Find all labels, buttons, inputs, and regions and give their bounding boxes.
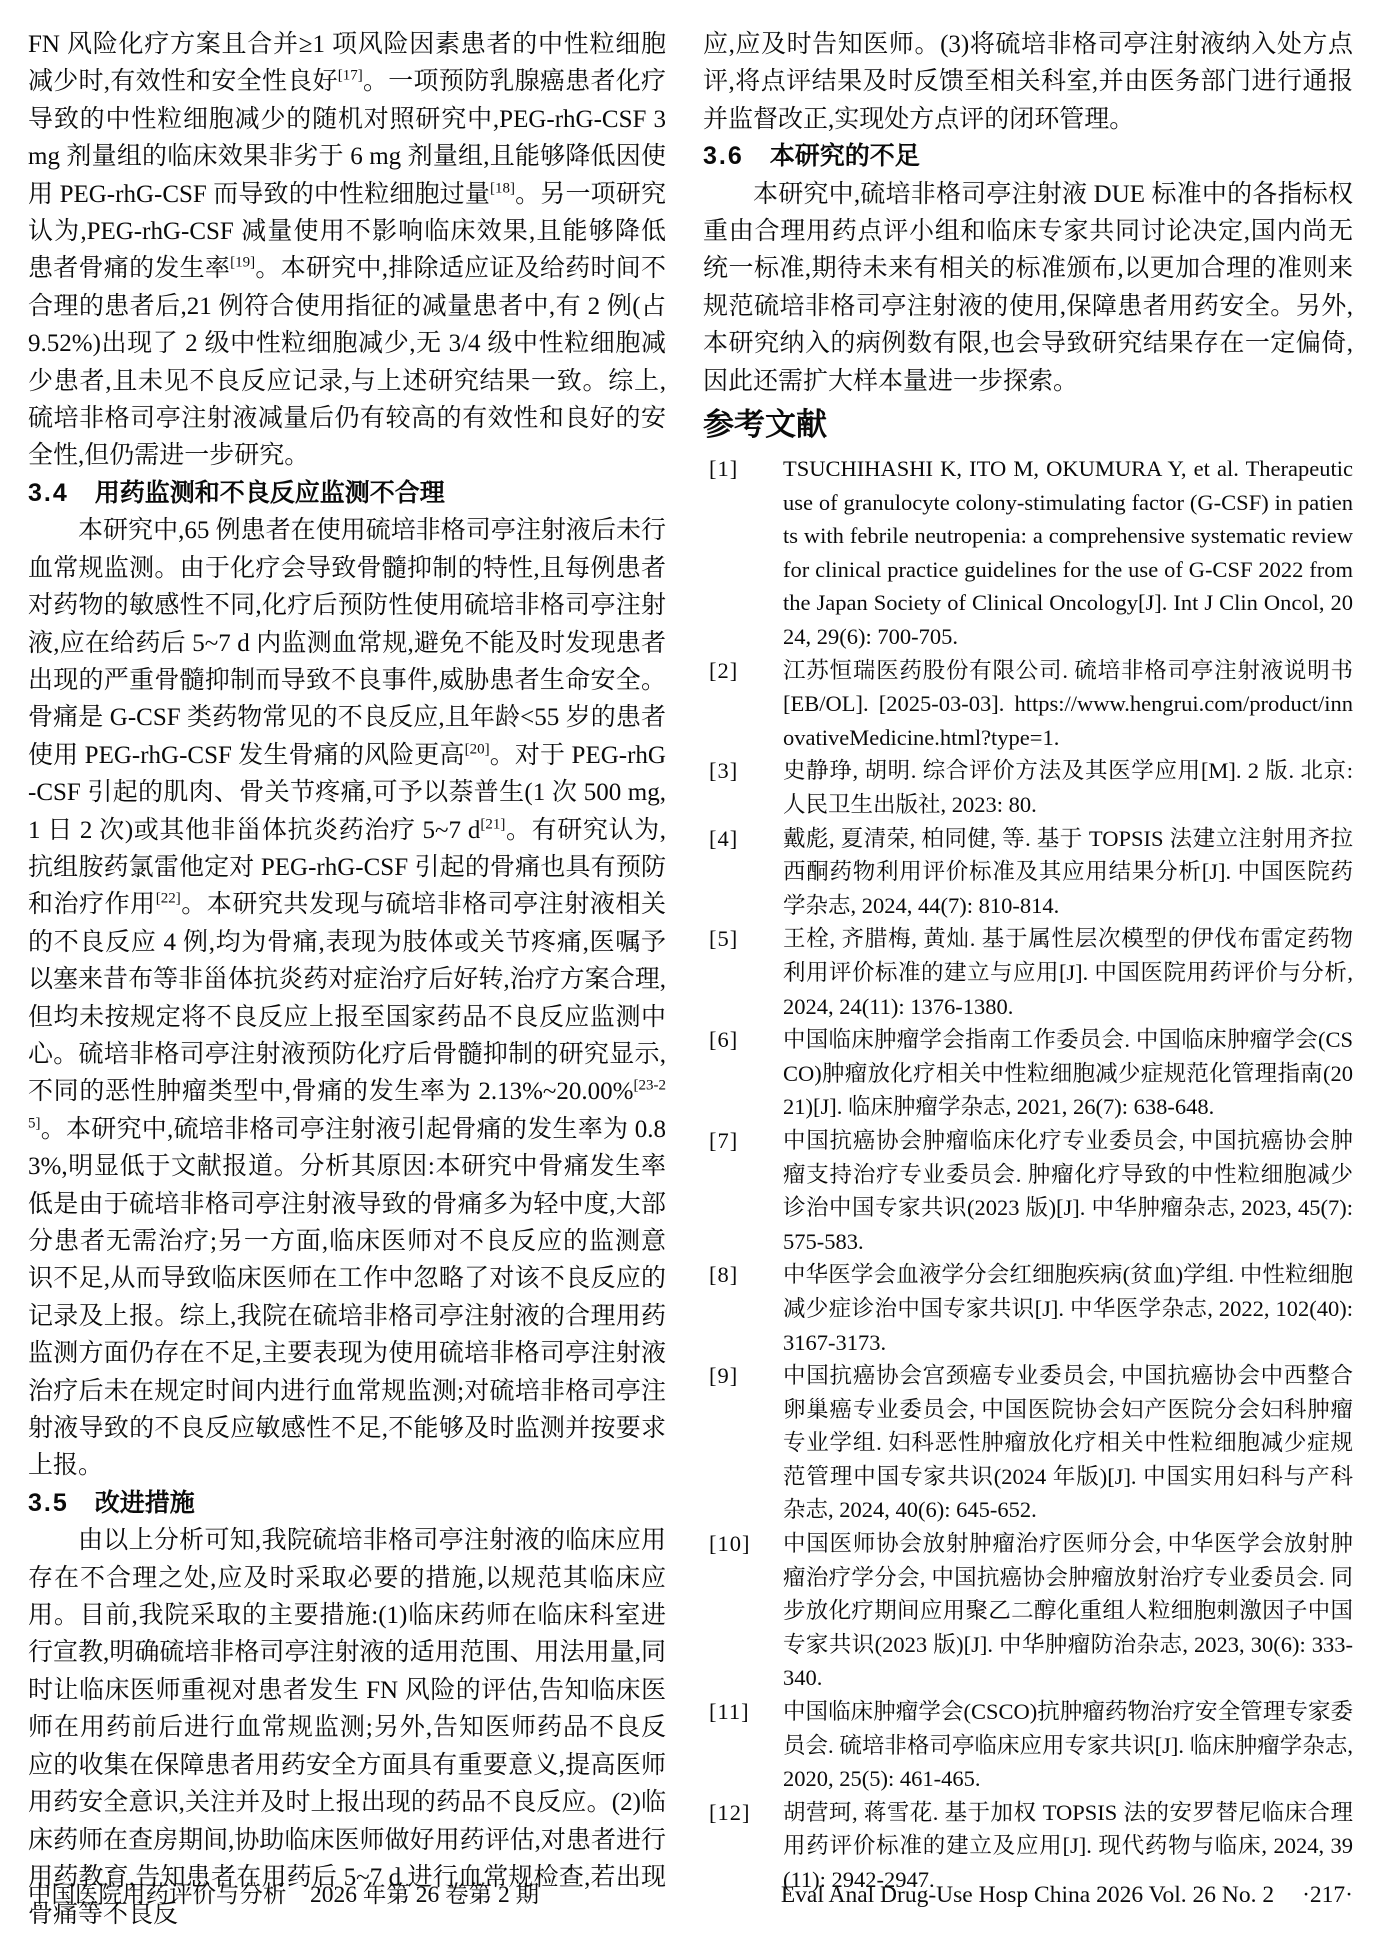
reference-item: [2] 江苏恒瑞医药股份有限公司. 硫培非格司亭注射液说明书[EB/OL]. [… <box>703 654 1353 755</box>
reference-text: 戴彪, 夏清荣, 柏同健, 等. 基于 TOPSIS 法建立注射用齐拉西酮药物利… <box>783 826 1353 918</box>
reference-number: [1] <box>709 452 738 486</box>
reference-number: [11] <box>709 1695 750 1729</box>
section-number: 3.5 <box>28 1489 69 1517</box>
reference-text: 中国医师协会放射肿瘤治疗医师分会, 中华医学会放射肿瘤治疗学分会, 中国抗癌协会… <box>783 1531 1353 1690</box>
reference-number: [3] <box>709 754 738 788</box>
footer-journal-cn: 中国医院用药评价与分析 2026 年第 26 卷第 2 期 <box>28 1880 539 1910</box>
reference-text: 中国抗癌协会宫颈癌专业委员会, 中国抗癌协会中西整合卵巢癌专业委员会, 中国医院… <box>783 1363 1353 1522</box>
paragraph-section-3-5-continuation: 应,应及时告知医师。(3)将硫培非格司亭注射液纳入处方点评,将点评结果及时反馈至… <box>703 26 1353 138</box>
reference-item: [5] 王栓, 齐腊梅, 黄灿. 基于属性层次模型的伊伐布雷定药物利用评价标准的… <box>703 922 1353 1023</box>
paragraph-section-3-4: 本研究中,65 例患者在使用硫培非格司亭注射液后未行血常规监测。由于化疗会导致骨… <box>28 512 666 1485</box>
left-column: FN 风险化疗方案且合并≥1 项风险因素患者的中性粒细胞减少时,有效性和安全性良… <box>28 26 666 1934</box>
paper-page: { "left_column": { "para_continuation": … <box>0 0 1375 1940</box>
section-title: 本研究的不足 <box>770 142 920 170</box>
reference-item: [10] 中国医师协会放射肿瘤治疗医师分会, 中华医学会放射肿瘤治疗学分会, 中… <box>703 1527 1353 1695</box>
right-column: 应,应及时告知医师。(3)将硫培非格司亭注射液纳入处方点评,将点评结果及时反馈至… <box>703 26 1353 1897</box>
reference-number: [2] <box>709 654 738 688</box>
reference-item: [4] 戴彪, 夏清荣, 柏同健, 等. 基于 TOPSIS 法建立注射用齐拉西… <box>703 822 1353 923</box>
reference-text: 中国临床肿瘤学会(CSCO)抗肿瘤药物治疗安全管理专家委员会. 硫培非格司亭临床… <box>783 1699 1353 1791</box>
reference-number: [5] <box>709 922 738 956</box>
reference-item: [8] 中华医学会血液学分会红细胞疾病(贫血)学组. 中性粒细胞减少症诊治中国专… <box>703 1258 1353 1359</box>
reference-number: [9] <box>709 1359 738 1393</box>
reference-number: [7] <box>709 1124 738 1158</box>
reference-text: 中国抗癌协会肿瘤临床化疗专业委员会, 中国抗癌协会肿瘤支持治疗专业委员会. 肿瘤… <box>783 1128 1353 1254</box>
reference-text: 中国临床肿瘤学会指南工作委员会. 中国临床肿瘤学会(CSCO)肿瘤放化疗相关中性… <box>783 1027 1353 1119</box>
reference-item: [11] 中国临床肿瘤学会(CSCO)抗肿瘤药物治疗安全管理专家委员会. 硫培非… <box>703 1695 1353 1796</box>
reference-item: [1] TSUCHIHASHI K, ITO M, OKUMURA Y, et … <box>703 452 1353 654</box>
reference-item: [9] 中国抗癌协会宫颈癌专业委员会, 中国抗癌协会中西整合卵巢癌专业委员会, … <box>703 1359 1353 1527</box>
reference-text: 史静琤, 胡明. 综合评价方法及其医学应用[M]. 2 版. 北京: 人民卫生出… <box>783 758 1353 817</box>
reference-text: 王栓, 齐腊梅, 黄灿. 基于属性层次模型的伊伐布雷定药物利用评价标准的建立与应… <box>783 926 1353 1018</box>
section-title: 改进措施 <box>95 1489 195 1517</box>
page-footer: 中国医院用药评价与分析 2026 年第 26 卷第 2 期 Eval Anal … <box>28 1880 1353 1910</box>
references-list: [1] TSUCHIHASHI K, ITO M, OKUMURA Y, et … <box>703 452 1353 1897</box>
reference-text: 胡营珂, 蒋雪花. 基于加权 TOPSIS 法的安罗替尼临床合理用药评价标准的建… <box>783 1800 1353 1892</box>
section-heading-3-4: 3.4用药监测和不良反应监测不合理 <box>28 475 666 512</box>
paragraph-section-3-6: 本研究中,硫培非格司亭注射液 DUE 标准中的各指标权重由合理用药点评小组和临床… <box>703 176 1353 400</box>
reference-number: [4] <box>709 822 738 856</box>
reference-number: [12] <box>709 1796 751 1830</box>
section-number: 3.6 <box>703 142 744 170</box>
reference-item: [3] 史静琤, 胡明. 综合评价方法及其医学应用[M]. 2 版. 北京: 人… <box>703 754 1353 821</box>
reference-item: [7] 中国抗癌协会肿瘤临床化疗专业委员会, 中国抗癌协会肿瘤支持治疗专业委员会… <box>703 1124 1353 1258</box>
reference-number: [6] <box>709 1023 738 1057</box>
section-number: 3.4 <box>28 479 69 507</box>
references-heading: 参考文献 <box>703 402 1353 448</box>
page-number: ·217· <box>1302 1880 1353 1910</box>
footer-right-group: Eval Anal Drug-Use Hosp China 2026 Vol. … <box>781 1880 1353 1910</box>
paragraph-section-3-5: 由以上分析可知,我院硫培非格司亭注射液的临床应用存在不合理之处,应及时采取必要的… <box>28 1522 666 1933</box>
paragraph-discussion-continuation: FN 风险化疗方案且合并≥1 项风险因素患者的中性粒细胞减少时,有效性和安全性良… <box>28 26 666 475</box>
reference-text: 江苏恒瑞医药股份有限公司. 硫培非格司亭注射液说明书[EB/OL]. [2025… <box>783 658 1353 750</box>
section-heading-3-5: 3.5改进措施 <box>28 1485 666 1522</box>
footer-journal-en: Eval Anal Drug-Use Hosp China 2026 Vol. … <box>781 1880 1274 1910</box>
reference-item: [6] 中国临床肿瘤学会指南工作委员会. 中国临床肿瘤学会(CSCO)肿瘤放化疗… <box>703 1023 1353 1124</box>
reference-number: [8] <box>709 1258 738 1292</box>
reference-text: TSUCHIHASHI K, ITO M, OKUMURA Y, et al. … <box>783 456 1353 649</box>
section-title: 用药监测和不良反应监测不合理 <box>95 479 445 507</box>
reference-number: [10] <box>709 1527 751 1561</box>
reference-text: 中华医学会血液学分会红细胞疾病(贫血)学组. 中性粒细胞减少症诊治中国专家共识[… <box>783 1262 1353 1354</box>
section-heading-3-6: 3.6本研究的不足 <box>703 138 1353 175</box>
